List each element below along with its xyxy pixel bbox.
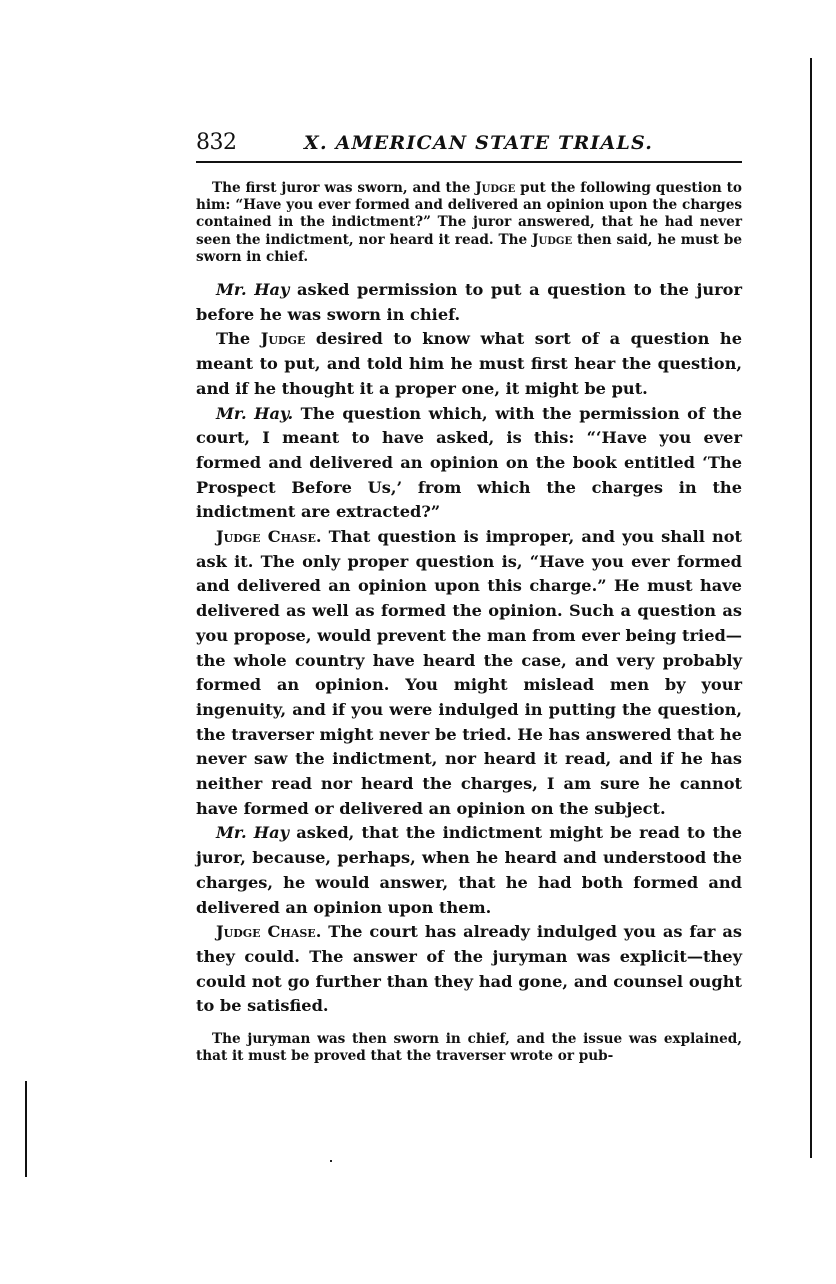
speaker-judge: Judge — [261, 329, 306, 348]
page-number: 832 — [196, 130, 237, 155]
scan-speck — [330, 1160, 332, 1162]
text: The juryman was then sworn in chief, and… — [196, 1031, 742, 1064]
speaker-judge: Judge — [532, 232, 572, 248]
speaker-mr-hay: Mr. Hay — [216, 280, 289, 299]
text: The first juror was sworn, and the — [212, 180, 475, 196]
text: The — [216, 329, 261, 348]
text: That question is improper, and you shall… — [196, 527, 742, 818]
paragraph-chase-indulged: Judge Chase. The court has already indul… — [196, 920, 742, 1019]
paragraph-hay-question: Mr. Hay. The question which, with the pe… — [196, 402, 742, 526]
speaker-judge-chase: Judge Chase. — [216, 527, 321, 546]
paragraph-juryman-sworn: The juryman was then sworn in chief, and… — [196, 1031, 742, 1065]
speaker-judge: Judge — [475, 180, 515, 196]
paragraph-hay-permission: Mr. Hay asked permission to put a questi… — [196, 278, 742, 327]
page-header: 832 X. AMERICAN STATE TRIALS. — [196, 128, 742, 158]
header-rule — [196, 161, 742, 163]
paragraph-chase-improper: Judge Chase. That question is improper, … — [196, 525, 742, 821]
speaker-mr-hay: Mr. Hay. — [216, 404, 293, 423]
paragraph-first-juror: The first juror was sworn, and the Judge… — [196, 180, 742, 266]
paragraph-hay-read-indictment: Mr. Hay asked, that the indictment might… — [196, 821, 742, 920]
paragraph-judge-desired: The Judge desired to know what sort of a… — [196, 327, 742, 401]
scan-edge-line-left — [25, 1081, 27, 1177]
running-title: X. AMERICAN STATE TRIALS. — [304, 132, 653, 154]
scan-edge-line-right — [810, 58, 812, 1158]
speaker-judge-chase: Judge Chase. — [216, 922, 321, 941]
book-page: 832 X. AMERICAN STATE TRIALS. The first … — [196, 128, 742, 1066]
speaker-mr-hay: Mr. Hay — [216, 823, 289, 842]
